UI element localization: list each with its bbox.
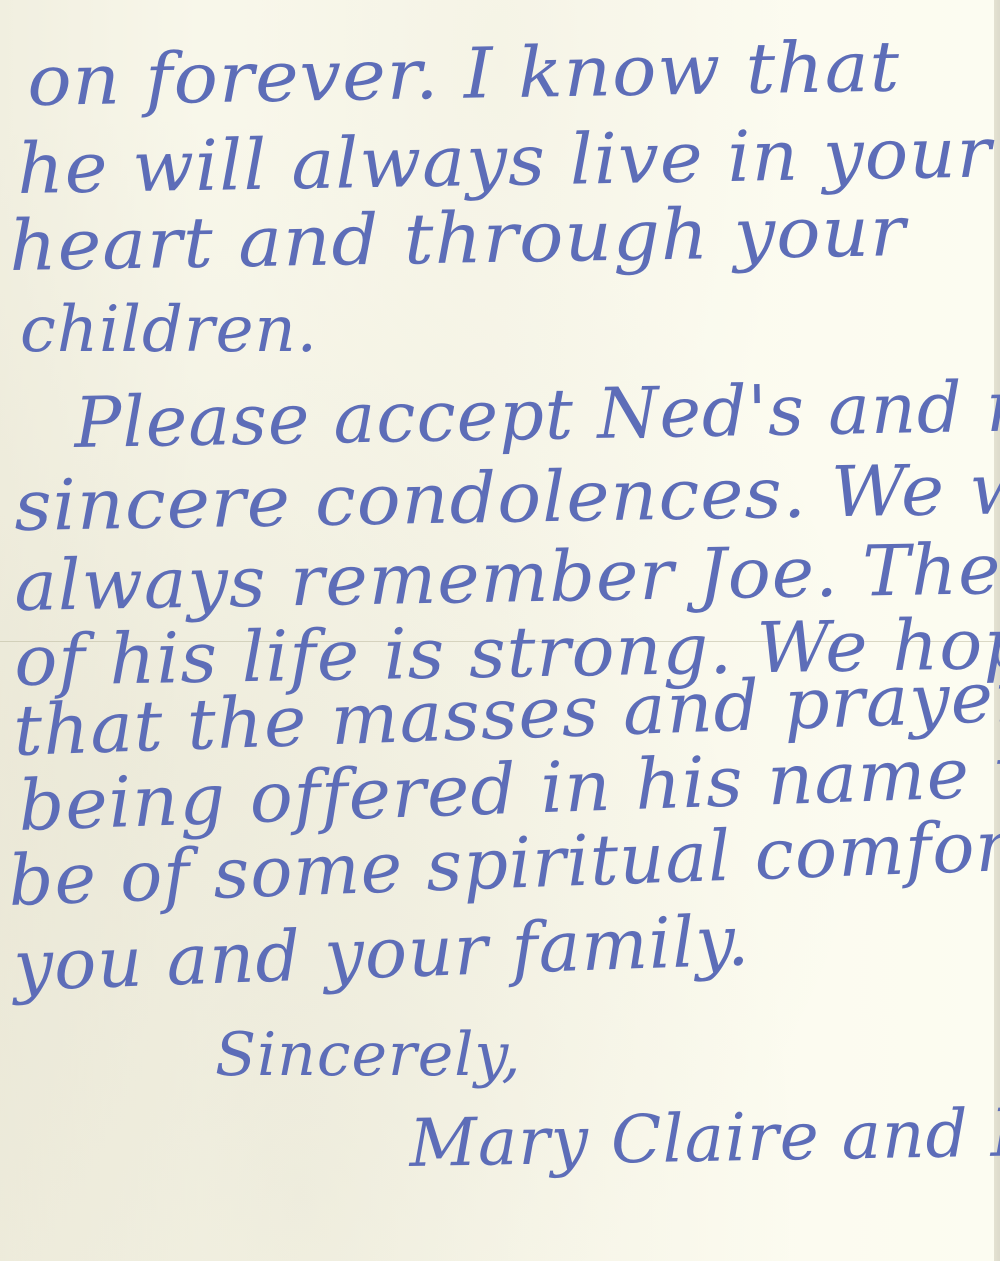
letter-signature: Mary Claire and Ned bbox=[409, 1092, 1000, 1182]
letter-line: heart and through your bbox=[8, 190, 906, 287]
letter-line: on forever. I know that bbox=[26, 26, 900, 122]
letter-closing: Sincerely, bbox=[215, 1020, 521, 1090]
letter-line: Please accept Ned's and my bbox=[74, 364, 1000, 464]
letter-line: children. bbox=[20, 293, 318, 367]
letter-page: on forever. I know that he will always l… bbox=[0, 0, 1000, 1261]
